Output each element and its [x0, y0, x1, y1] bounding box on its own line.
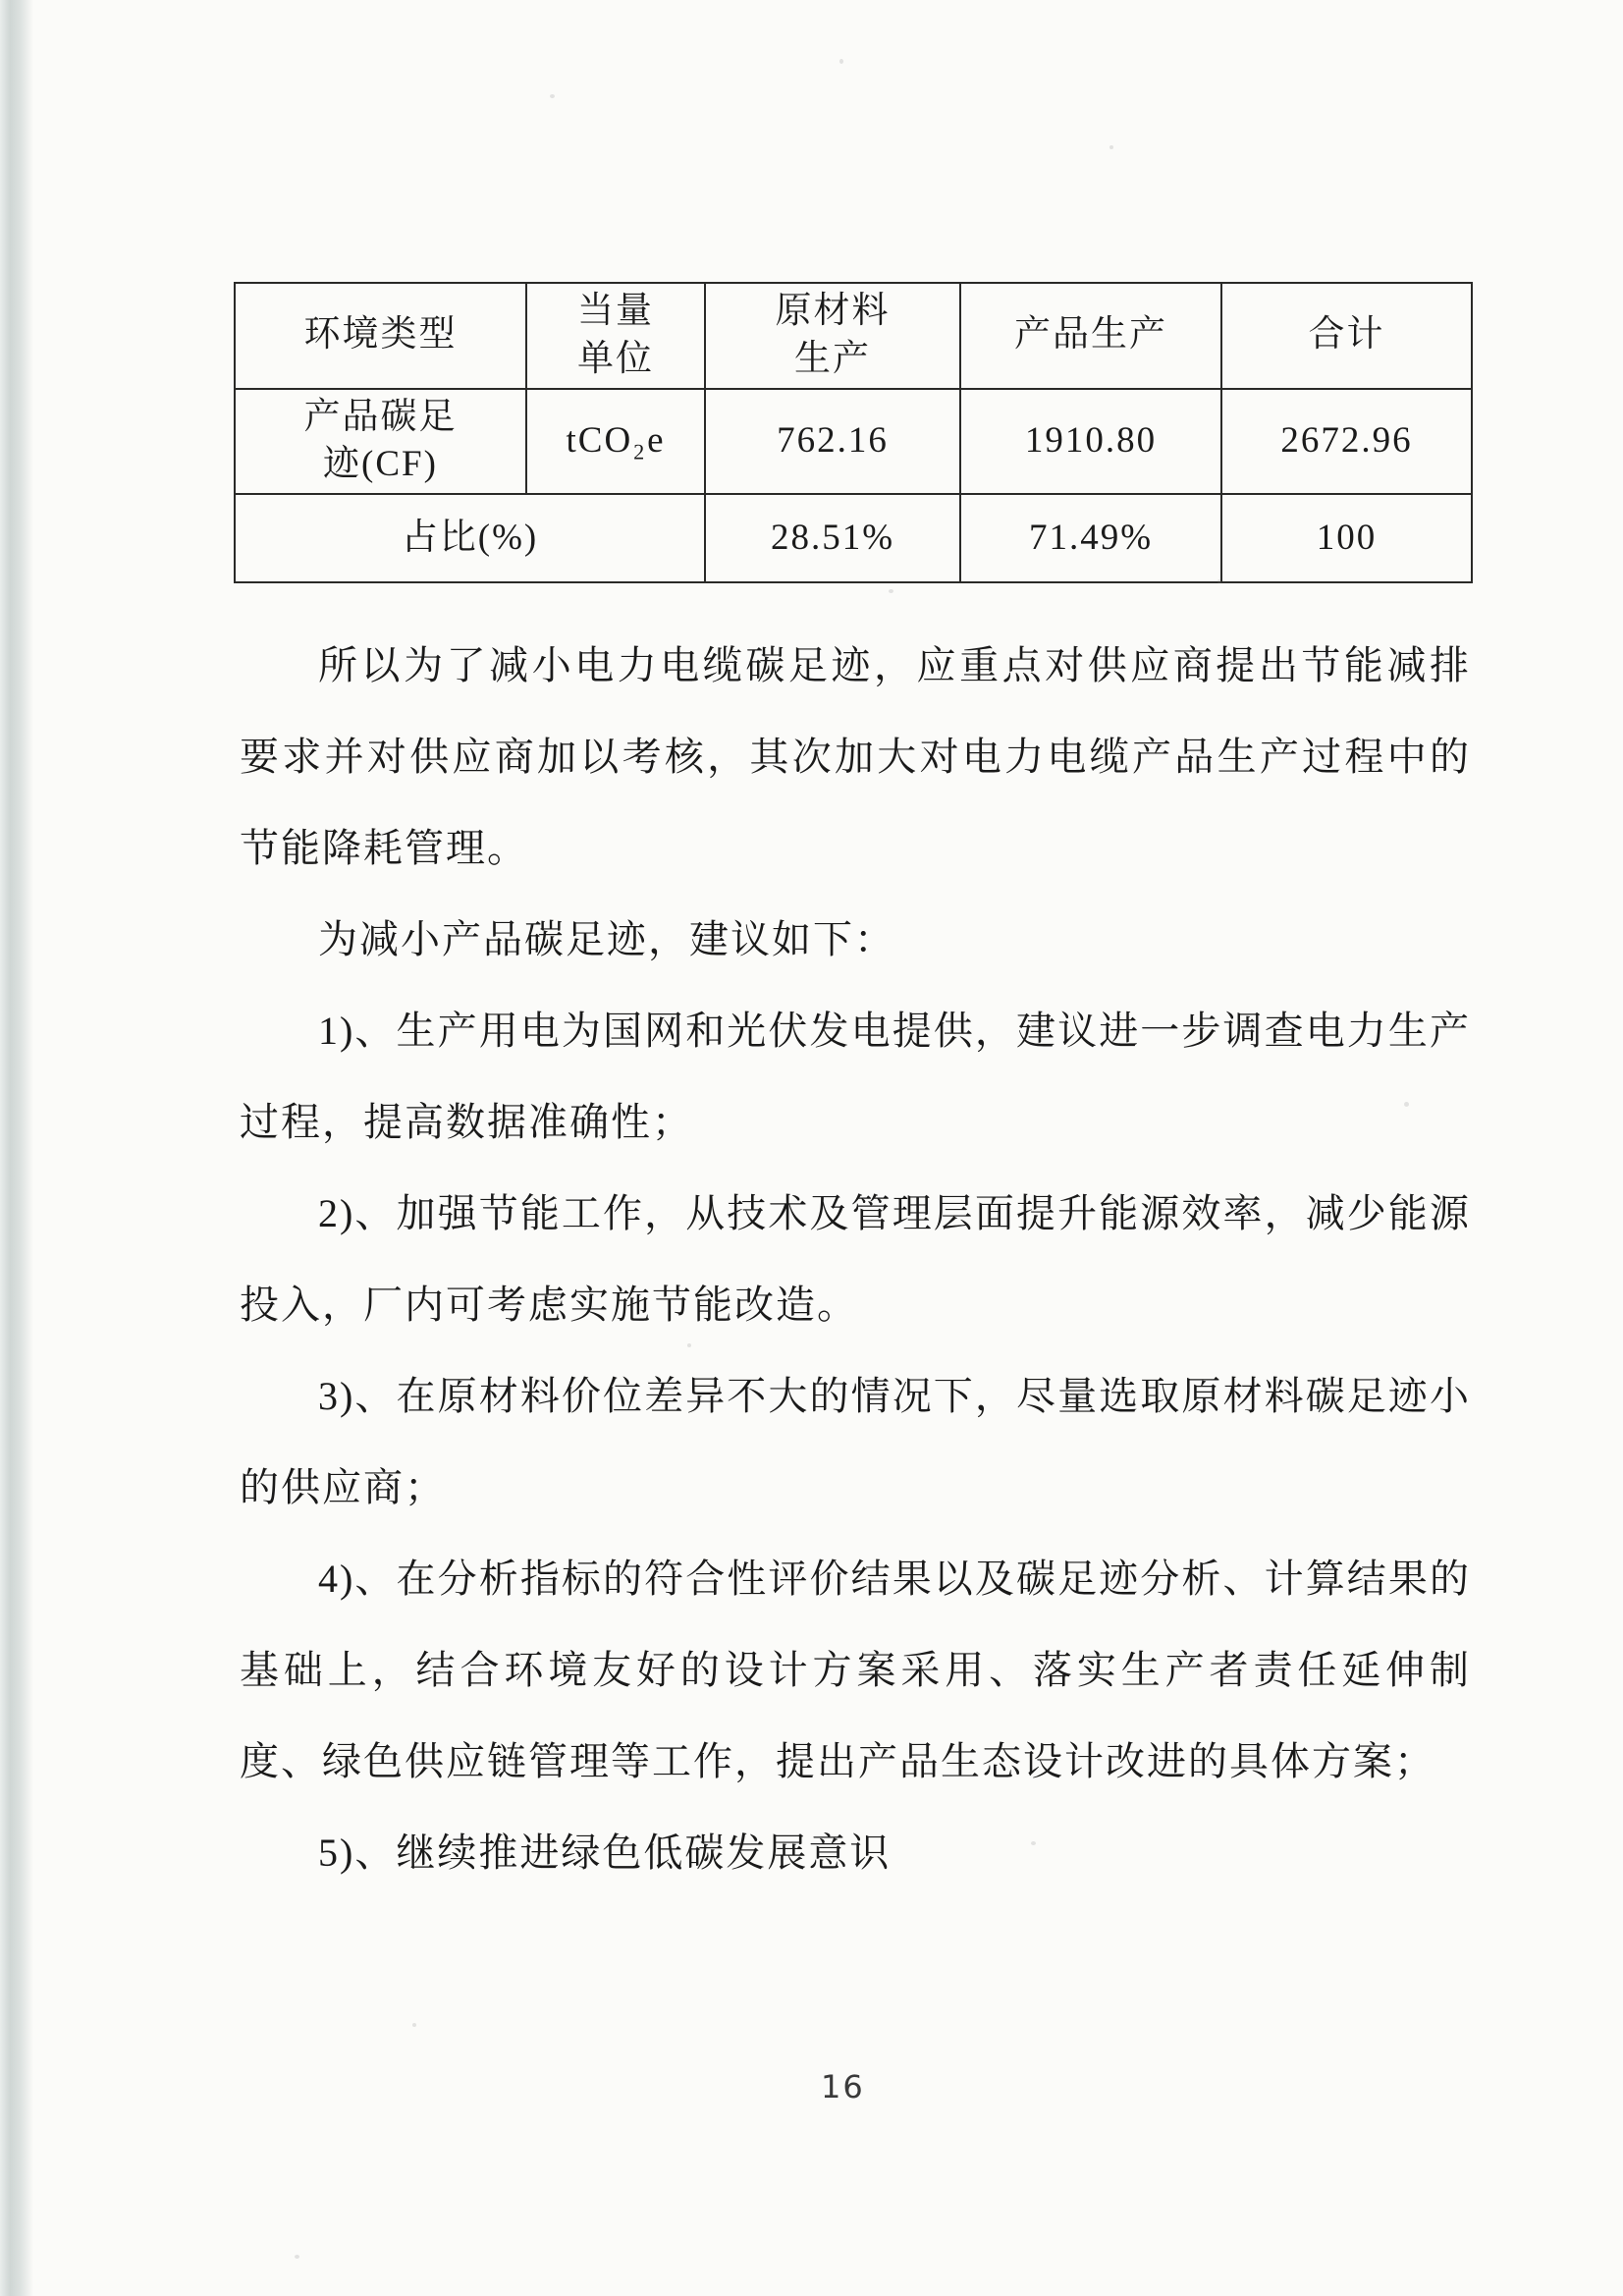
cell-share-total: 100	[1221, 494, 1472, 582]
page-number: 16	[821, 2068, 865, 2105]
cell-share-production: 71.49%	[960, 494, 1221, 582]
document-page: 环境类型 当量 单位 原材料 生产 产品生产 合计 产品碳足 迹(CF) tCO…	[0, 0, 1623, 2296]
table-row-carbon-footprint: 产品碳足 迹(CF) tCO₂e 762.16 1910.80 2672.96	[235, 389, 1472, 495]
carbon-footprint-table: 环境类型 当量 单位 原材料 生产 产品生产 合计 产品碳足 迹(CF) tCO…	[234, 282, 1473, 583]
scan-speck	[412, 2023, 416, 2027]
cell-share-label: 占比(%)	[235, 494, 705, 582]
cell-cf-raw-material: 762.16	[705, 389, 960, 495]
header-equivalent-unit: 当量 单位	[526, 283, 705, 389]
header-total: 合计	[1221, 283, 1472, 389]
cell-share-raw-material: 28.51%	[705, 494, 960, 582]
header-raw-material-production: 原材料 生产	[705, 283, 960, 389]
table-row-share: 占比(%) 28.51% 71.49% 100	[235, 494, 1472, 582]
body-text: 所以为了减小电力电缆碳足迹，应重点对供应商提出节能减排要求并对供应商加以考核，其…	[240, 620, 1471, 1898]
scan-speck	[295, 2255, 299, 2259]
body-paragraph-item-3: 3)、在原材料价位差异不大的情况下，尽量选取原材料碳足迹小的供应商；	[240, 1350, 1471, 1533]
table-header-row: 环境类型 当量 单位 原材料 生产 产品生产 合计	[235, 283, 1472, 389]
body-paragraph-conclusion: 所以为了减小电力电缆碳足迹，应重点对供应商提出节能减排要求并对供应商加以考核，其…	[240, 620, 1471, 894]
body-paragraph-item-5: 5)、继续推进绿色低碳发展意识	[240, 1807, 1471, 1898]
scan-edge-shadow	[0, 0, 33, 2296]
cell-cf-label: 产品碳足 迹(CF)	[235, 389, 526, 495]
header-product-production: 产品生产	[960, 283, 1221, 389]
header-environment-type: 环境类型	[235, 283, 526, 389]
scan-speck	[687, 1343, 691, 1347]
scan-speck	[550, 94, 555, 98]
body-paragraph-item-1: 1)、生产用电为国网和光伏发电提供，建议进一步调查电力生产过程，提高数据准确性；	[240, 985, 1471, 1168]
body-paragraph-suggestion-intro: 为减小产品碳足迹，建议如下：	[240, 894, 1471, 985]
body-paragraph-item-4: 4)、在分析指标的符合性评价结果以及碳足迹分析、计算结果的基础上，结合环境友好的…	[240, 1533, 1471, 1807]
scan-speck	[839, 59, 843, 64]
cell-cf-unit: tCO₂e	[526, 389, 705, 495]
scan-speck	[1404, 1102, 1409, 1107]
body-paragraph-item-2: 2)、加强节能工作，从技术及管理层面提升能源效率，减少能源投入，厂内可考虑实施节…	[240, 1168, 1471, 1350]
scan-speck	[1031, 1841, 1036, 1845]
cell-cf-production: 1910.80	[960, 389, 1221, 495]
scan-speck	[1109, 145, 1113, 149]
scan-speck	[1217, 579, 1221, 583]
scan-speck	[889, 589, 893, 593]
cell-cf-total: 2672.96	[1221, 389, 1472, 495]
